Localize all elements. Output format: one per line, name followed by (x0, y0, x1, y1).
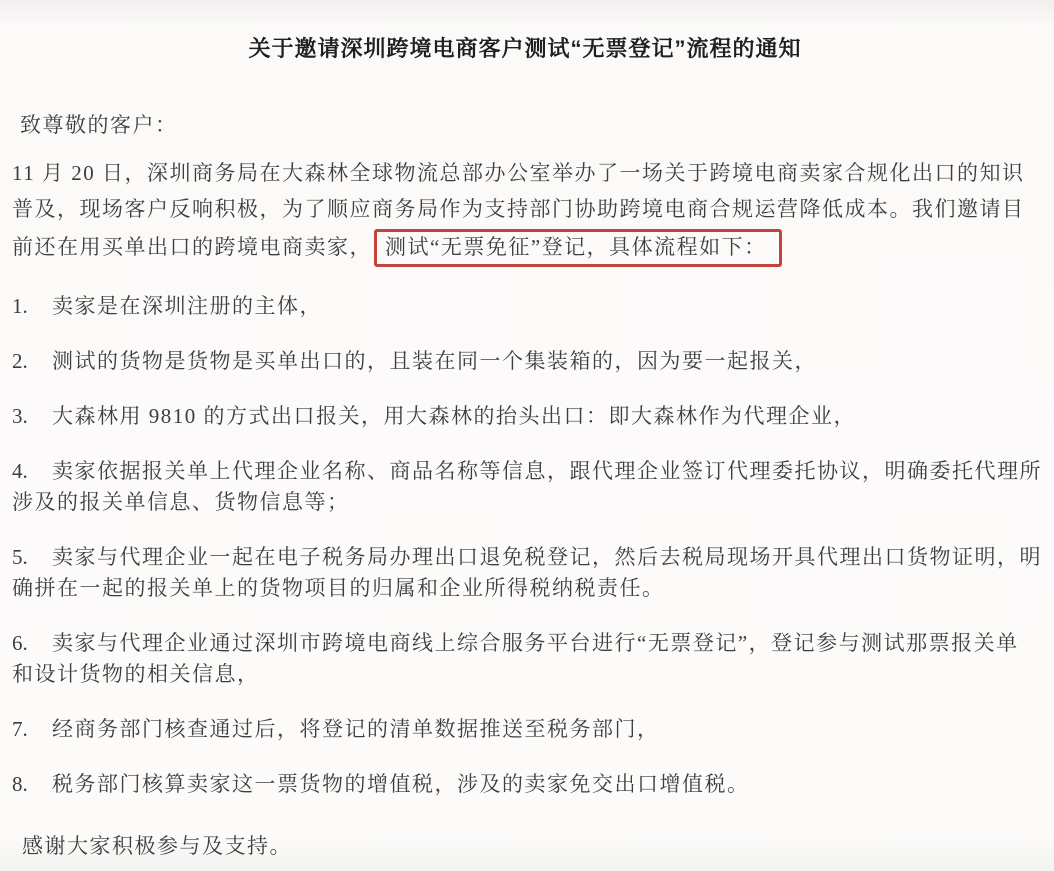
step-6-line-1: 6.卖家与代理企业通过深圳市跨境电商线上综合服务平台进行“无票登记”，登记参与测… (12, 628, 1040, 659)
step-4-line-1: 4.卖家依据报关单上代理企业名称、商品名称等信息，跟代理企业签订代理委托协议，明… (12, 456, 1040, 487)
step-7-number: 7. (12, 714, 52, 745)
step-3-text: 大森林用 9810 的方式出口报关，用大森林的抬头出口：即大森林作为代理企业， (52, 404, 856, 428)
step-7-text: 经商务部门核查通过后，将登记的清单数据推送至税务部门， (52, 717, 660, 741)
intro-line-1: 11 月 20 日，深圳商务局在大森林全球物流总部办公室举办了一场关于跨境电商卖… (12, 155, 1040, 191)
step-1-text: 卖家是在深圳注册的主体， (52, 294, 322, 318)
intro-line-3-prefix: 前还在用买单出口的跨境电商卖家， (12, 235, 372, 259)
step-5: 5.卖家与代理企业一起在电子税务局办理出口退免税登记，然后去税局现场开具代理出口… (12, 542, 1040, 604)
step-2-number: 2. (12, 346, 52, 377)
step-4-text: 卖家依据报关单上代理企业名称、商品名称等信息，跟代理企业签订代理委托协议，明确委… (52, 459, 1042, 483)
step-4: 4.卖家依据报关单上代理企业名称、商品名称等信息，跟代理企业签订代理委托协议，明… (12, 456, 1040, 518)
step-3-number: 3. (12, 401, 52, 432)
closing-line: 感谢大家积极参与及支持。 (22, 830, 1040, 860)
step-1: 1.卖家是在深圳注册的主体， (12, 291, 1040, 322)
red-highlight-box: 测试“无票免征”登记，具体流程如下： (374, 229, 782, 267)
steps-list: 1.卖家是在深圳注册的主体， 2.测试的货物是货物是买单出口的，且装在同一个集装… (12, 291, 1040, 800)
step-6-line-2: 和设计货物的相关信息， (12, 659, 1040, 690)
step-6-number: 6. (12, 628, 52, 659)
notice-document: 关于邀请深圳跨境电商客户测试“无票登记”流程的通知 致尊敬的客户： 11 月 2… (0, 0, 1054, 871)
step-3-line-1: 3.大森林用 9810 的方式出口报关，用大森林的抬头出口：即大森林作为代理企业… (12, 401, 1040, 432)
step-6: 6.卖家与代理企业通过深圳市跨境电商线上综合服务平台进行“无票登记”，登记参与测… (12, 628, 1040, 690)
step-2-line-1: 2.测试的货物是货物是买单出口的，且装在同一个集装箱的，因为要一起报关， (12, 346, 1040, 377)
step-8-text: 税务部门核算卖家这一票货物的增值税，涉及的卖家免交出口增值税。 (52, 772, 750, 796)
step-8-number: 8. (12, 769, 52, 800)
step-5-line-2: 确拼在一起的报关单上的货物项目的归属和企业所得税纳税责任。 (12, 573, 1040, 604)
step-7-line-1: 7.经商务部门核查通过后，将登记的清单数据推送至税务部门， (12, 714, 1040, 745)
step-7: 7.经商务部门核查通过后，将登记的清单数据推送至税务部门， (12, 714, 1040, 745)
step-5-number: 5. (12, 542, 52, 573)
step-8: 8.税务部门核算卖家这一票货物的增值税，涉及的卖家免交出口增值税。 (12, 769, 1040, 800)
step-4-line-2: 涉及的报关单信息、货物信息等； (12, 487, 1040, 518)
step-1-line-1: 1.卖家是在深圳注册的主体， (12, 291, 1040, 322)
step-2-text: 测试的货物是货物是买单出口的，且装在同一个集装箱的，因为要一起报关， (52, 349, 817, 373)
intro-line-3: 前还在用买单出口的跨境电商卖家，测试“无票免征”登记，具体流程如下： (12, 229, 1040, 267)
step-8-line-1: 8.税务部门核算卖家这一票货物的增值税，涉及的卖家免交出口增值税。 (12, 769, 1040, 800)
intro-line-2: 普及，现场客户反响积极，为了顺应商务局作为支持部门协助跨境电商合规运营降低成本。… (12, 191, 1040, 227)
step-4-number: 4. (12, 456, 52, 487)
greeting-line: 致尊敬的客户： (20, 109, 1040, 139)
page-title: 关于邀请深圳跨境电商客户测试“无票登记”流程的通知 (10, 26, 1040, 63)
step-6-text: 卖家与代理企业通过深圳市跨境电商线上综合服务平台进行“无票登记”，登记参与测试那… (52, 631, 1019, 655)
intro-paragraph: 11 月 20 日，深圳商务局在大森林全球物流总部办公室举办了一场关于跨境电商卖… (12, 155, 1040, 267)
step-5-text: 卖家与代理企业一起在电子税务局办理出口退免税登记，然后去税局现场开具代理出口货物… (52, 545, 1042, 569)
step-5-line-1: 5.卖家与代理企业一起在电子税务局办理出口退免税登记，然后去税局现场开具代理出口… (12, 542, 1040, 573)
step-3: 3.大森林用 9810 的方式出口报关，用大森林的抬头出口：即大森林作为代理企业… (12, 401, 1040, 432)
step-2: 2.测试的货物是货物是买单出口的，且装在同一个集装箱的，因为要一起报关， (12, 346, 1040, 377)
step-1-number: 1. (12, 291, 52, 322)
